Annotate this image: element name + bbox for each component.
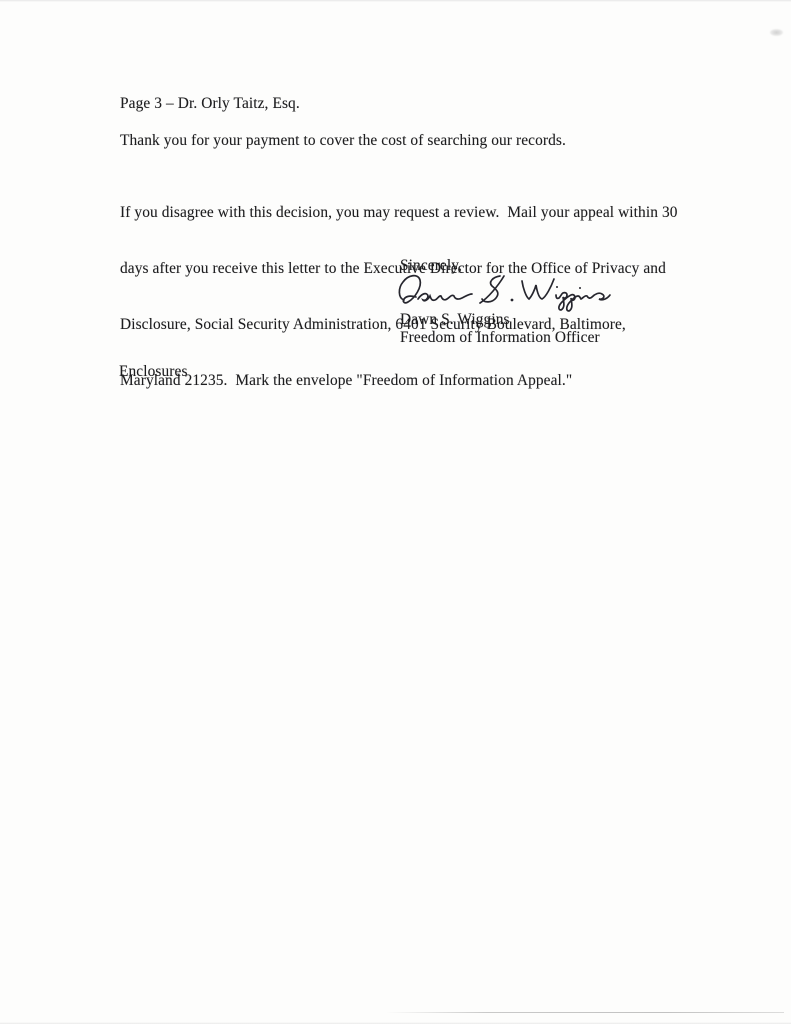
scan-artifact-smudge <box>770 29 783 36</box>
handwritten-signature-image <box>396 270 614 314</box>
page-header: Page 3 – Dr. Orly Taitz, Esq. <box>120 95 300 114</box>
signer-name: Dawn S. Wiggins <box>400 311 510 330</box>
scanned-letter-page: Page 3 – Dr. Orly Taitz, Esq. Thank you … <box>0 0 791 1024</box>
scan-artifact-line <box>386 1012 784 1013</box>
appeal-paragraph-line: If you disagree with this decision, you … <box>120 204 720 223</box>
scan-edge-top <box>0 0 791 2</box>
signer-title: Freedom of Information Officer <box>400 329 600 348</box>
appeal-paragraph-line: Maryland 21235. Mark the envelope "Freed… <box>120 372 720 391</box>
thank-you-paragraph: Thank you for your payment to cover the … <box>120 132 566 151</box>
enclosures-label: Enclosures <box>119 363 188 382</box>
